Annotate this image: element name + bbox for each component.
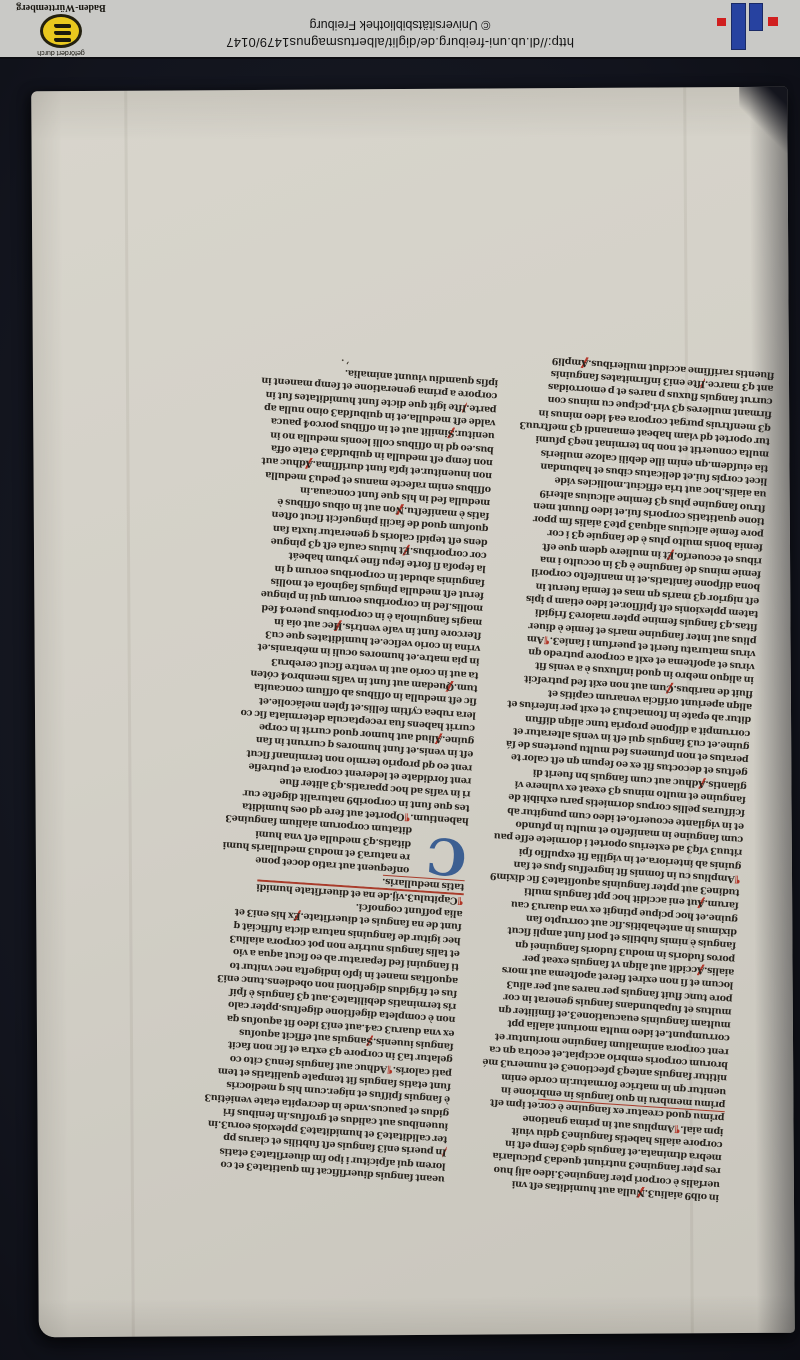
- manuscript-column-left: in oib9 aialiu3.Nulla aut humiditas eſt …: [459, 350, 775, 1204]
- logo-red-square: [768, 17, 778, 26]
- library-logo-icon: [690, 0, 800, 57]
- book-page-scan: in oib9 aialiu3.Nulla aut humiditas eſt …: [31, 87, 795, 1338]
- funder-region-label: Baden-Württemberg: [6, 2, 116, 13]
- book-gutter-shadow: [739, 87, 787, 153]
- lion-icon: [54, 24, 71, 28]
- manuscript-column-right: C ueant ſanguis diuerſificat ſm quatitat…: [200, 333, 501, 1186]
- lion-icon: [54, 31, 71, 35]
- paper-crease: [124, 91, 135, 1337]
- viewer-header: http://dl.ub.uni-freiburg.de/diglit/albe…: [0, 0, 800, 59]
- baden-wuerttemberg-crest-icon: [40, 14, 82, 48]
- illuminated-initial-letter: C: [413, 827, 468, 882]
- logo-blue-bar: [749, 3, 763, 31]
- funder-caption: gefördert durch: [6, 49, 116, 56]
- manuscript-text-block: in oib9 aialiu3.Nulla aut humiditas eſt …: [200, 333, 775, 1204]
- copyright-notice: © Universitätsbibliothek Freiburg: [190, 18, 610, 35]
- logo-red-square: [717, 18, 726, 26]
- scan-background: in oib9 aialiu3.Nulla aut humiditas eſt …: [0, 57, 800, 1360]
- source-attribution: http://dl.ub.uni-freiburg.de/diglit/albe…: [190, 3, 610, 53]
- funder-block: gefördert durch Baden-Württemberg: [6, 1, 116, 56]
- source-url: http://dl.ub.uni-freiburg.de/diglit/albe…: [190, 35, 610, 53]
- logo-blue-bar: [731, 3, 746, 50]
- lion-icon: [54, 38, 71, 42]
